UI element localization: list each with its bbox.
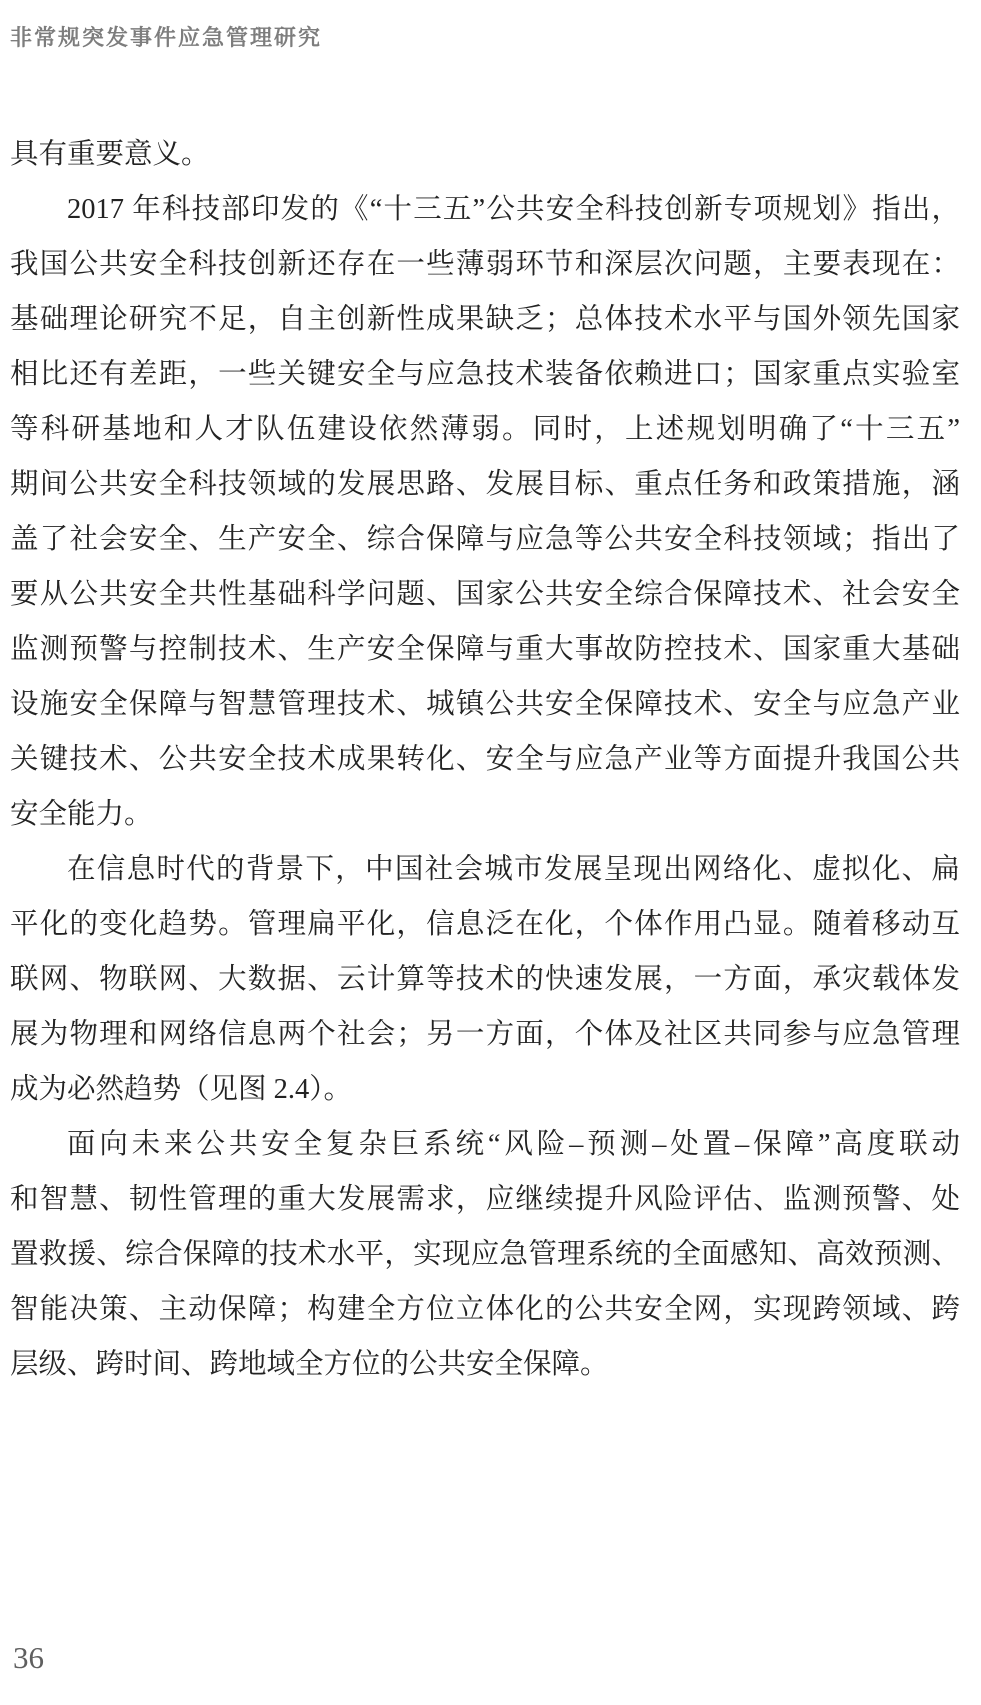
text-line: 平化的变化趋势。管理扁平化，信息泛在化，个体作用凸显。随着移动互 (10, 897, 960, 952)
page-number: 36 (13, 1640, 44, 1676)
text-line: 联网、物联网、大数据、云计算等技术的快速发展，一方面，承灾载体发 (10, 952, 960, 1007)
page-body: 具有重要意义。2017 年科技部印发的《“十三五”公共安全科技创新专项规划》指出… (10, 127, 960, 1392)
text-line: 基础理论研究不足，自主创新性成果缺乏；总体技术水平与国外领先国家 (10, 292, 960, 347)
running-header: 非常规突发事件应急管理研究 (10, 21, 322, 52)
text-line: 关键技术、公共安全技术成果转化、安全与应急产业等方面提升我国公共 (10, 732, 960, 787)
text-line: 具有重要意义。 (10, 127, 960, 182)
text-line: 成为必然趋势（见图 2.4）。 (10, 1062, 960, 1117)
text-line: 我国公共安全科技创新还存在一些薄弱环节和深层次问题，主要表现在： (10, 237, 960, 292)
text-line: 相比还有差距，一些关键安全与应急技术装备依赖进口；国家重点实验室 (10, 347, 960, 402)
text-line: 要从公共安全共性基础科学问题、国家公共安全综合保障技术、社会安全 (10, 567, 960, 622)
text-line: 期间公共安全科技领域的发展思路、发展目标、重点任务和政策措施，涵 (10, 457, 960, 512)
text-line: 层级、跨时间、跨地域全方位的公共安全保障。 (10, 1337, 960, 1392)
text-line: 监测预警与控制技术、生产安全保障与重大事故防控技术、国家重大基础 (10, 622, 960, 677)
text-line: 盖了社会安全、生产安全、综合保障与应急等公共安全科技领域；指出了 (10, 512, 960, 567)
text-line: 等科研基地和人才队伍建设依然薄弱。同时，上述规划明确了“十三五” (10, 402, 960, 457)
text-line: 智能决策、主动保障；构建全方位立体化的公共安全网，实现跨领域、跨 (10, 1282, 960, 1337)
text-line: 安全能力。 (10, 787, 960, 842)
text-line: 置救援、综合保障的技术水平，实现应急管理系统的全面感知、高效预测、 (10, 1227, 960, 1282)
text-line: 展为物理和网络信息两个社会；另一方面，个体及社区共同参与应急管理 (10, 1007, 960, 1062)
text-line: 面向未来公共安全复杂巨系统“风险–预测–处置–保障”高度联动 (10, 1117, 960, 1172)
text-line: 在信息时代的背景下，中国社会城市发展呈现出网络化、虚拟化、扁 (10, 842, 960, 897)
text-line: 设施安全保障与智慧管理技术、城镇公共安全保障技术、安全与应急产业 (10, 677, 960, 732)
text-line: 和智慧、韧性管理的重大发展需求，应继续提升风险评估、监测预警、处 (10, 1172, 960, 1227)
book-page: 非常规突发事件应急管理研究 具有重要意义。2017 年科技部印发的《“十三五”公… (0, 0, 981, 1705)
text-line: 2017 年科技部印发的《“十三五”公共安全科技创新专项规划》指出， (10, 182, 960, 237)
